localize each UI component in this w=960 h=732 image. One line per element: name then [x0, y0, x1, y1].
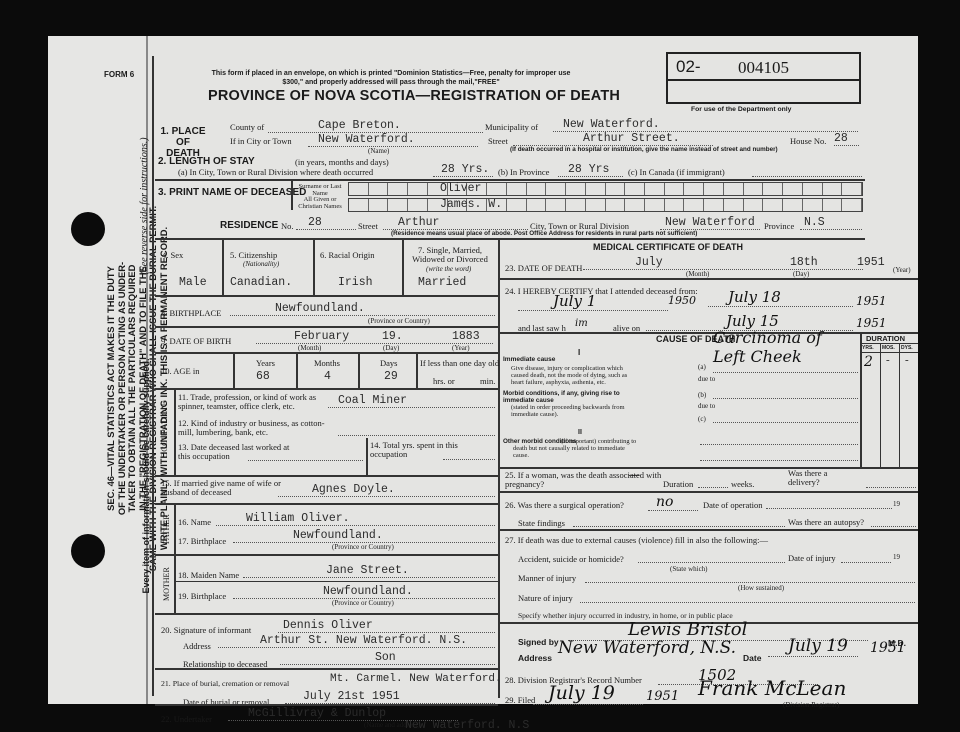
findings-label: State findings [518, 518, 565, 528]
q25-weeks-label: weeks. [731, 479, 754, 489]
informant-field: Dennis Oliver [278, 619, 495, 633]
birthplace-label: 8. BIRTHPLACE [161, 308, 221, 318]
signed-by-label: Signed by [518, 637, 559, 647]
dod-day-hint: (Day) [793, 270, 809, 278]
findings-field [573, 519, 785, 527]
stub-divider [152, 56, 154, 696]
mother-section-label: MOTHER [162, 567, 171, 601]
birthplace-field: Newfoundland. [230, 302, 495, 316]
racial-origin-field: Irish [338, 276, 373, 289]
department-note: For use of the Department only [691, 106, 791, 113]
manner-field [585, 575, 915, 583]
house-no-field: 28 [834, 132, 859, 146]
age-years-label: Years [256, 358, 275, 368]
father-birthplace-field: Newfoundland. [233, 529, 495, 543]
given-names-grid [348, 198, 863, 212]
injury-date-field [841, 555, 891, 563]
registration-prefix: 02- [676, 57, 701, 77]
dod-month-hint: (Month) [686, 270, 709, 278]
mother-birthplace-label: 19. Birthplace [178, 591, 226, 601]
filed-label: 29. Filed [505, 695, 535, 705]
signature-date-label: Date [743, 653, 761, 663]
residence-street-field: Arthur [383, 216, 528, 230]
date-of-death-label: 23. DATE OF DEATH [505, 263, 582, 273]
hospital-note: (If death occurred in a hospital or inst… [510, 146, 778, 153]
accident-label: Accident, suicide or homicide? [518, 554, 624, 564]
signature-address-label: Address [518, 653, 552, 663]
burial-date-label: Date of burial or removal [183, 697, 269, 707]
nature-label: Nature of injury [518, 593, 573, 603]
stay-canada-label: (c) In Canada (if immigrant) [628, 167, 725, 177]
punch-hole-bottom [71, 534, 105, 568]
cause-c-label: (c) [698, 415, 706, 423]
q26-field: no [648, 494, 698, 511]
city-label: If in City or Town [230, 136, 292, 146]
street-label: Street [488, 136, 508, 146]
attended-to-field: July 18 [708, 288, 853, 307]
attended-from-field: July 1 [518, 292, 668, 311]
residence-province-label: Province [764, 221, 794, 231]
medical-certificate-title: MEDICAL CERTIFICATE OF DEATH [593, 242, 743, 252]
q25-delivery-label: Was there a delivery? [788, 469, 858, 487]
other-conditions-text: (if important) contributing to death but… [513, 438, 638, 459]
other-conditions-numeral: II [578, 429, 582, 436]
municipality-field: New Waterford. [553, 118, 858, 132]
county-label: County of [230, 122, 264, 132]
manner-label: Manner of injury [518, 573, 576, 583]
every-item-note: Every item of information should be care… [141, 306, 152, 646]
last-saw-suffix: im [575, 318, 588, 329]
trade-label: 11. Trade, profession, or kind of work a… [178, 393, 328, 411]
industry-label: 12. Kind of industry or business, as cot… [178, 419, 338, 437]
autopsy-field [871, 519, 916, 527]
duration-title: DURATION [866, 334, 905, 343]
q25-delivery-field [866, 480, 916, 488]
dob-year-hint: (Year) [452, 344, 470, 352]
accident-field [638, 555, 785, 563]
dod-day-field: 18th [790, 256, 818, 269]
immediate-cause-label: Immediate cause [503, 356, 555, 363]
cause-a-field: Carcinoma of Left Cheek [713, 328, 853, 366]
residence-city-field: New Waterford [660, 216, 760, 230]
due-to-label-1: due to [698, 375, 715, 383]
undertaker-address-field: New Waterford. N.S [405, 719, 529, 732]
age-min-label: min. [480, 376, 495, 386]
cause-a-label: (a) [698, 363, 706, 371]
duration-a-days: - [905, 354, 909, 366]
morbid-conditions-text: (stated in order proceeding backwards fr… [511, 404, 631, 418]
registrar-signature: Frank McLean [698, 676, 846, 700]
stay-province-label: (b) In Province [498, 167, 549, 177]
total-years-field [443, 452, 495, 460]
form-title: PROVINCE OF NOVA SCOTIA—REGISTRATION OF … [208, 88, 620, 104]
q25-field: — [628, 468, 640, 482]
signature-address-field: New Waterford, N.S. [558, 638, 736, 658]
mail-note: This form if placed in an envelope, on w… [211, 69, 571, 87]
immediate-cause-numeral: I [578, 348, 580, 357]
burial-place-label: 21. Place of burial, cremation or remova… [161, 679, 289, 688]
residence-street-label: Street [358, 221, 378, 231]
stay-city-label: (a) In City, Town or Rural Division wher… [178, 167, 373, 177]
occupation-section-label: OCCUPATION [160, 403, 169, 458]
q25-duration-label: Duration [663, 479, 693, 489]
age-days-field: 29 [384, 370, 398, 383]
nature-field [580, 595, 915, 603]
residence-no-field: 28 [296, 216, 356, 230]
city-name-hint: (Name) [368, 147, 389, 155]
age-label: 10. AGE in [161, 366, 200, 376]
stay-province-field: 28 Yrs [558, 163, 623, 177]
dob-day-field: 19. [382, 330, 403, 343]
residence-province-field: N.S [800, 216, 862, 230]
dob-year-field: 1883 [452, 330, 480, 343]
relationship-field: Son [280, 651, 495, 665]
q26-year-prefix: 19 [893, 500, 900, 508]
father-birthplace-hint: (Province or Country) [332, 543, 394, 551]
racial-origin-label: 6. Racial Origin [320, 250, 375, 260]
burial-date-field: July 21st 1951 [285, 690, 495, 704]
citizenship-field: Canadian. [230, 276, 292, 289]
morbid-conditions-label: Morbid conditions, if any, giving rise t… [503, 390, 633, 404]
last-worked-field [248, 453, 363, 461]
manner-hint: (How sustained) [738, 584, 784, 592]
injury-year-prefix: 19 [893, 553, 900, 561]
undertaker-label: 22. Undertaker [161, 714, 212, 724]
accident-hint: (State which) [670, 565, 708, 573]
house-no-label: House No. [790, 136, 826, 146]
autopsy-label: Was there an autopsy? [788, 517, 864, 527]
duration-col-years: YRS. [862, 345, 874, 351]
attended-from-year: 1950 [668, 294, 696, 307]
sex-field: Male [179, 276, 207, 289]
duration-a-years: 2 [864, 354, 873, 370]
print-name-label: 3. PRINT NAME OF DECEASED [158, 186, 306, 199]
immediate-cause-text: Give disease, injury or complication whi… [511, 365, 636, 386]
registration-number: 004105 [738, 58, 789, 78]
city-field: New Waterford. [308, 133, 478, 147]
filed-field: July 19 [533, 682, 643, 705]
duration-col-days: DYS. [901, 345, 913, 351]
dob-day-hint: (Day) [383, 344, 399, 352]
punch-hole-top [71, 212, 105, 246]
mother-name-field: Jane Street. [243, 564, 495, 578]
signature-date-field: July 19 [768, 636, 858, 657]
registrar-hint: (Division Registrar) [783, 701, 839, 709]
duration-a-months: - [886, 354, 890, 366]
age-months-label: Months [314, 358, 340, 368]
see-reverse-note: (See reverse side for instructions.) [140, 106, 151, 306]
mother-birthplace-field: Newfoundland. [233, 585, 495, 599]
age-days-label: Days [380, 358, 397, 368]
attended-to-year: 1951 [856, 294, 887, 308]
surname-grid [348, 182, 863, 196]
birthplace-hint: (Province or Country) [368, 317, 430, 325]
marital-status-hint: (write the word) [426, 265, 471, 273]
age-less-than-day-label: If less than one day old [420, 358, 499, 368]
length-of-stay-label: 2. LENGTH OF STAY [158, 156, 255, 167]
form-stub: FORM 6 SEC. 46—VITAL STATISTICS ACT MAKE… [48, 36, 148, 704]
father-name-field: William Oliver. [216, 512, 495, 526]
trade-field: Coal Miner [328, 394, 495, 408]
residence-label: RESIDENCE [220, 220, 278, 231]
place-of-death-label: 1. PLACE OF DEATH [158, 126, 208, 159]
filed-year: 1951 [646, 689, 679, 704]
q26-label: 26. Was there a surgical operation? [505, 500, 624, 510]
q26-date-label: Date of operation [703, 500, 762, 510]
given-names-field: James. W. [440, 198, 502, 211]
mother-birthplace-hint: (Province or Country) [332, 599, 394, 607]
father-name-label: 16. Name [178, 517, 211, 527]
citizenship-hint: (Nationality) [243, 260, 279, 268]
age-years-field: 68 [256, 370, 270, 383]
municipality-label: Municipality of [485, 122, 538, 132]
q25-label: 25. If a woman, was the death associated… [505, 471, 665, 489]
dob-month-hint: (Month) [298, 344, 321, 352]
father-birthplace-label: 17. Birthplace [178, 536, 226, 546]
stay-canada-field [752, 167, 862, 177]
citizenship-label: 5. Citizenship [230, 250, 277, 260]
signature-date-year: 1951 [870, 640, 906, 656]
stay-city-field: 28 Yrs. [433, 163, 493, 177]
dod-year-field: 1951 [857, 256, 885, 269]
father-section-label: FATHER [162, 514, 171, 544]
marital-status-field: Married [418, 276, 466, 289]
cause-b-label: (b) [698, 391, 706, 399]
informant-address-field: Arthur St. New Waterford. N.S. [218, 634, 495, 648]
residence-note: (Residence means usual place of abode. P… [391, 230, 697, 237]
age-hrs-label: hrs. or [433, 376, 455, 386]
dod-month-field: July [583, 256, 863, 270]
industry-field [338, 428, 495, 436]
due-to-label-2: due to [698, 402, 715, 410]
marital-status-label: 7. Single, Married, Widowed or Divorced [405, 246, 495, 264]
county-field: Cape Breton. [268, 119, 483, 133]
duration-col-months: MOS. [882, 345, 895, 351]
spouse-field: Agnes Doyle. [278, 483, 495, 497]
dob-label: 9. DATE OF BIRTH [161, 336, 231, 346]
q25-duration-field [698, 480, 728, 488]
length-of-stay-hint: (in years, months and days) [295, 157, 389, 167]
alive-on-year: 1951 [856, 316, 887, 330]
street-field: Arthur Street. [513, 132, 713, 146]
given-names-label: All Given or Christian Names [296, 196, 344, 210]
residence-no-label: No. [281, 221, 294, 231]
surname-field: Oliver [440, 182, 481, 195]
dod-year-hint: (Year) [893, 266, 911, 274]
death-registration-form: FORM 6 SEC. 46—VITAL STATISTICS ACT MAKE… [48, 36, 918, 704]
sex-label: 4. Sex [162, 250, 183, 260]
mother-name-label: 18. Maiden Name [178, 570, 239, 580]
form-number: FORM 6 [104, 70, 134, 79]
q27-label: 27. If death was due to external causes … [505, 535, 768, 545]
burial-place-field: Mt. Carmel. New Waterford. [330, 673, 502, 685]
q26-date-field [766, 501, 892, 509]
surname-label: Surname or Last Name [296, 183, 344, 197]
informant-address-label: Address [183, 641, 211, 651]
age-months-field: 4 [324, 370, 331, 383]
registration-number-box: 02- 004105 [666, 52, 861, 104]
injury-date-label: Date of injury [788, 553, 836, 563]
